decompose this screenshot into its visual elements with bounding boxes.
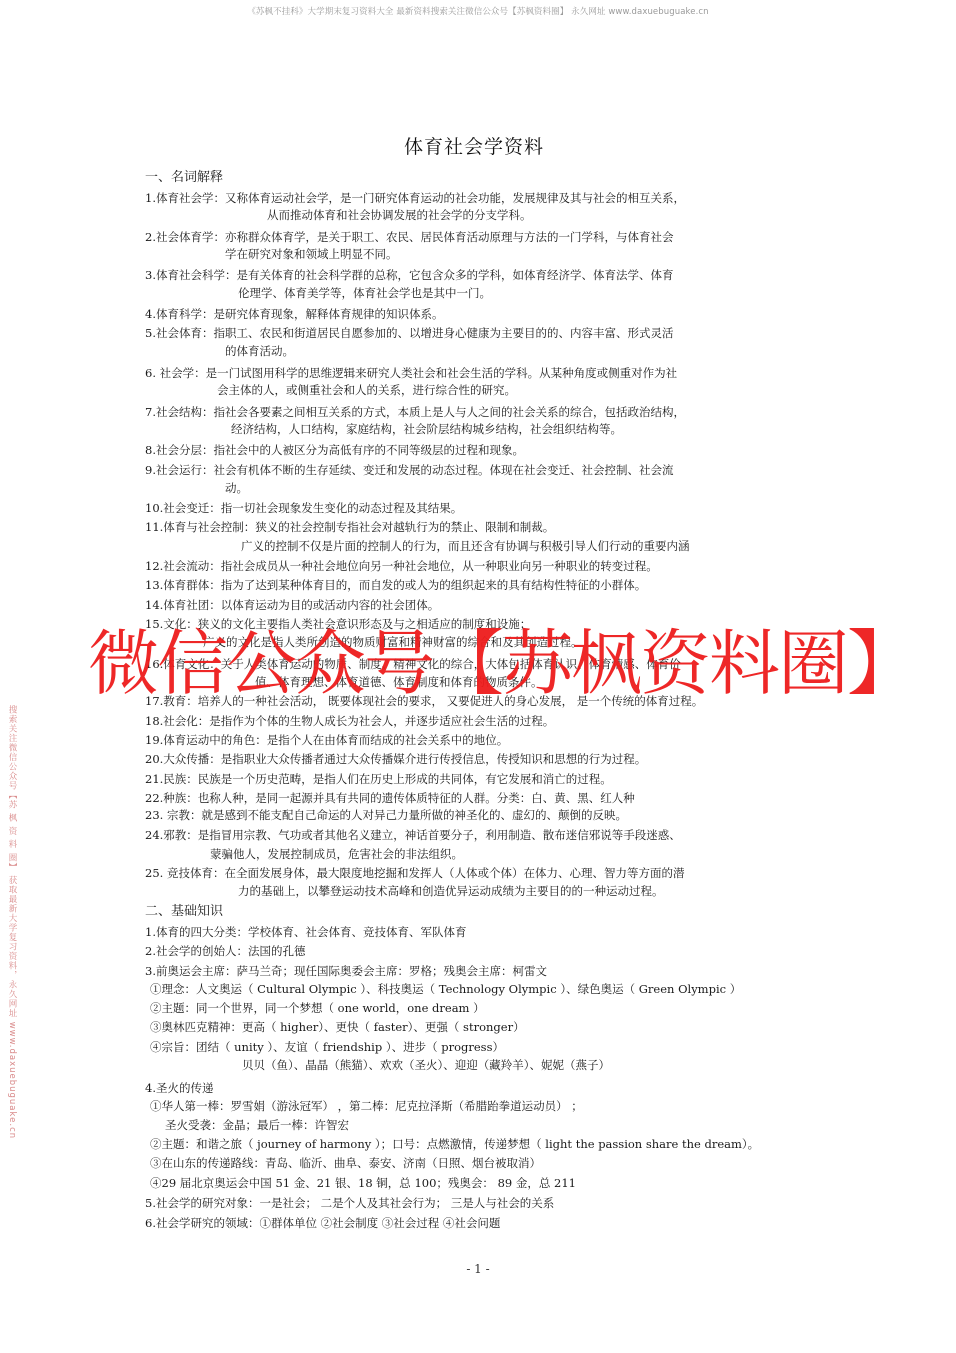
definition-line: 5.社会体育：指职工、农民和街道居民自愿参加的、以增进身心健康为主要目的的、内容… <box>145 324 673 343</box>
basics-line: 6.社会学研究的领域：①群体单位 ②社会制度 ③社会过程 ④社会问题 <box>145 1214 500 1233</box>
basics-line: 贝贝（鱼）、晶晶（熊猫）、欢欢（圣火）、迎迎（藏羚羊）、妮妮（燕子） <box>242 1056 610 1075</box>
definition-line: 9.社会运行：社会有机体不断的生存延续、变迁和发展的动态过程。体现在社会变迁、社… <box>145 461 673 480</box>
side-watermark-note: 搜索关注微信公众号【苏 枫 资 料 圈】 获取最新大学复习资料，永久网址 www… <box>4 705 18 1139</box>
basics-line: 圣火受袭：金晶；最后一棒：许智宏 <box>165 1116 349 1135</box>
definition-line: 4.体育科学：是研究体育现象，解释体育规律的知识体系。 <box>145 305 443 324</box>
basics-line: ①理念：人文奥运（ Cultural Olympic ）、科技奥运（ Techn… <box>150 980 741 999</box>
definition-line: 25. 竞技体育：在全面发展身体，最大限度地挖掘和发挥人（人体或个体）在体力、心… <box>145 864 684 883</box>
section-heading-basics: 二、基础知识 <box>145 902 223 921</box>
definition-line: 21.民族：民族是一个历史范畴，是指人们在历史上形成的共同体，有它发展和消亡的过… <box>145 770 612 789</box>
basics-line: ①华人第一棒：罗雪娟（游泳冠军） ，第二棒：尼克拉泽斯（希腊跆拳道运动员） ； <box>150 1097 583 1116</box>
basics-line: 3.前奥运会主席：萨马兰奇；现任国际奥委会主席：罗格；残奥会主席：柯雷文 <box>145 962 547 981</box>
section-heading-definitions: 一、名词解释 <box>145 168 223 187</box>
definition-line: 18.社会化：是指作为个体的生物人成长为社会人，并逐步适应社会生活的过程。 <box>145 712 554 731</box>
definition-line: 24.邪教：是指冒用宗教、气功或者其他名义建立，神话首要分子，利用制造、散布迷信… <box>145 826 681 845</box>
basics-line: 1.体育的四大分类：学校体育、社会体育、竞技体育、军队体育 <box>145 923 466 942</box>
definition-line: 13.体育群体：指为了达到某种体育目的，而自发的或人为的组织起来的具有结构性特征… <box>145 576 646 595</box>
basics-line: 5.社会学的研究对象：一是社会； 二是个人及其社会行为； 三是人与社会的关系 <box>145 1194 554 1213</box>
basics-line: 2.社会学的创始人：法国的孔德 <box>145 942 305 961</box>
basics-line: ②主题：和谐之旅（ journey of harmony ）；口号：点燃激情，传… <box>150 1135 759 1154</box>
definition-line: 11.体育与社会控制：狭义的社会控制专指社会对越轨行为的禁止、限制和制裁。 <box>145 518 554 537</box>
definition-line: 伦理学、体育美学等，体育社会学也是其中一门。 <box>238 284 491 303</box>
definition-line: 19.体育运动中的角色：是指个人在由体育而结成的社会关系中的地位。 <box>145 731 508 750</box>
definition-line: 20.大众传播：是指职业大众传播者通过大众传播媒介进行传授信息，传授知识和思想的… <box>145 750 646 769</box>
basics-line: ④宗旨：团结（ unity ）、友谊（ friendship ）、进步（ pro… <box>150 1038 504 1057</box>
basics-line: 4.圣火的传递 <box>145 1079 213 1098</box>
basics-line: ③奥林匹克精神：更高（ higher）、更快（ faster）、更强（ stro… <box>150 1018 525 1037</box>
definition-line: 14.体育社团：以体育运动为目的或活动内容的社会团体。 <box>145 596 439 615</box>
definition-line: 23. 宗教：就是感到不能支配自己命运的人对异己力量所做的神圣化的、虚幻的、颠倒… <box>145 806 627 825</box>
definition-line: 力的基础上，以攀登运动技术高峰和创造优异运动成绩为主要目的的一种运动过程。 <box>238 882 664 901</box>
basics-line: ②主题：同一个世界，同一个梦想（ one world，one dream ） <box>150 999 485 1018</box>
header-note: 《苏枫不挂科》大学期末复习资料大全 最新资料搜索关注微信公众号【苏枫资料圈】 永… <box>0 5 956 17</box>
basics-line: ③在山东的传递路线：青岛、临沂、曲阜、泰安、济南（日照、烟台被取消） <box>150 1154 541 1173</box>
definition-line: 动。 <box>225 479 248 498</box>
definition-line: 12.社会流动：指社会成员从一种社会地位向另一种社会地位，从一种职业向另一种职业… <box>145 557 658 576</box>
definition-line: 广义的控制不仅是片面的控制人的行为，而且还含有协调与积极引导人们行动的重要内涵 <box>241 537 690 556</box>
definition-line: 经济结构，人口结构，家庭结构，社会阶层结构城乡结构，社会组织结构等。 <box>231 420 622 439</box>
definition-line: 10.社会变迁：指一切社会现象发生变化的动态过程及其结果。 <box>145 499 462 518</box>
page-title: 体育社会学资料 <box>0 132 948 159</box>
definition-line: 的体育活动。 <box>225 342 294 361</box>
definition-line: 3.体育社会科学：是有关体育的社会科学群的总称，它包含众多的学科，如体育经济学、… <box>145 266 673 285</box>
page-number: - 1 - <box>0 1262 956 1276</box>
definition-line: 8.社会分层：指社会中的人被区分为高低有序的不同等级层的过程和现象。 <box>145 441 524 460</box>
red-watermark-banner: 微信公众号【苏枫资料圈】 <box>88 624 916 704</box>
definition-line: 蒙骗他人，发展控制成员，危害社会的非法组织。 <box>210 845 463 864</box>
definition-line: 学在研究对象和领域上明显不同。 <box>225 245 398 264</box>
basics-line: ④29 届北京奥运会中国 51 金、21 银、18 铜，总 100；残奥会： 8… <box>150 1174 576 1193</box>
definition-line: 从而推动体育和社会协调发展的社会学的分支学科。 <box>267 206 532 225</box>
definition-line: 会主体的人，或侧重社会和人的关系，进行综合性的研究。 <box>217 381 516 400</box>
